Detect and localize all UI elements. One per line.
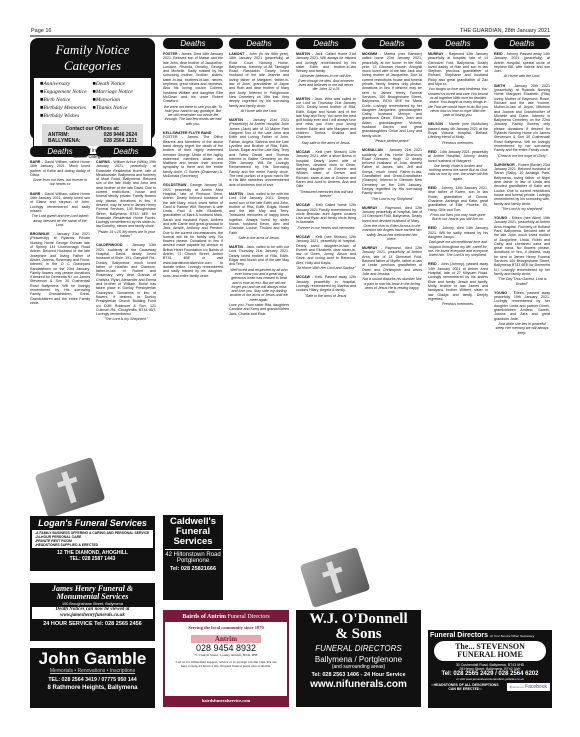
death-notice: KELLSWATER FLUTE BANDFOSTER - James. The…	[163, 131, 223, 178]
deaths-header: Deaths	[229, 38, 289, 49]
death-notice: MCCAW - Kelli (nee Stinson) 12th January…	[296, 235, 356, 270]
category-item: Birth Notice	[40, 97, 93, 103]
stevenson-funeral-ad: Funeral Directors At Your Service When N…	[428, 630, 552, 708]
death-notice: REID - 14th January 2021, peacefully at …	[428, 150, 488, 181]
deaths-header: Deaths	[362, 38, 422, 49]
odonnell-phone: Tel: 028 2563 1406 - 24 Hour Service	[298, 672, 419, 678]
gamble-phone: TEL: 028 2564 3419 / 07775 950 144	[32, 677, 153, 683]
bairds-of-antrim-ad: Bairds of Antrim Funeral Directors Servi…	[163, 610, 289, 707]
category-item: Memoriam	[93, 97, 146, 103]
odonnell-url[interactable]: www.nifunerals.com	[298, 679, 419, 690]
deaths-header: Deaths	[296, 38, 356, 49]
notices-column-2: CAIRNS - William Arthur (Willis) 19th Ja…	[96, 160, 156, 480]
death-notice: MCCAW - Kelli Called home 12th January 2…	[296, 203, 356, 230]
death-notice: BARR - David William, called Home 16th J…	[30, 192, 90, 227]
category-item: Death Notice	[93, 81, 146, 87]
category-item: Thanks Notice	[93, 105, 146, 111]
bible-icon	[35, 457, 106, 518]
death-notice: NELSON - Mamie (nee McMullan) passed awa…	[428, 122, 488, 144]
bible-icon	[300, 547, 371, 608]
death-notice: MARTIN - Jack. Called Home 21st January …	[296, 52, 356, 92]
deaths-header: Deaths	[96, 146, 156, 157]
death-notice: MURRAY - Raymond, died 12th January peac…	[362, 206, 422, 241]
notices-column-1: BARR - David William, called Home 16th J…	[30, 160, 90, 440]
notices-column-7: MURRAY - Raymond 12th January peacefully…	[428, 52, 488, 622]
death-notice: CAIRNS - William Arthur (Willis) 19th Ja…	[96, 160, 156, 238]
death-notice: MARTIN - Jack, called to be with the Lor…	[229, 192, 289, 240]
death-notice: MURRAY - Raymond 12th January peacefully…	[428, 52, 488, 117]
notices-column-5: MARTIN - Jack. Called Home 21st January …	[296, 52, 356, 552]
death-notice: REID - John (Johnny), passed away 14th J…	[428, 262, 488, 306]
death-notice: MCKIMM - Martha (nee Bamber) called home…	[362, 52, 422, 143]
death-notice: MARTIN - Jack. Who was called to our Lor…	[296, 97, 356, 145]
death-notice: BARR - David William, called Home 16th J…	[30, 160, 90, 187]
death-notice: MURRAY - Raymond, died 12th January 2021…	[362, 246, 422, 294]
john-gamble-ad: John Gamble Memorials • Renovations • In…	[30, 648, 155, 708]
james-henry-url[interactable]: www.jameshenryfunerals.co.uk	[32, 613, 153, 619]
header-rule	[30, 35, 550, 37]
contact-offices: Contact our Offices at: ANTRIM:028 9446 …	[42, 124, 143, 146]
death-notice: SURGENOR - Robert (Bertie) 23rd January …	[494, 163, 550, 211]
caldwell-phone: Tel: 028 25821666	[165, 566, 221, 572]
notices-column-4: LAMONT - John (in his 98th year), 18th J…	[229, 52, 289, 608]
bairds-phone: 028 9454 8932	[165, 643, 287, 653]
death-notice: YOUNG - Eileen, passed away peacefully 1…	[494, 291, 550, 335]
deaths-header: Deaths	[428, 38, 488, 49]
death-notice: MARTIN - Jack, called to be with our Lor…	[229, 245, 289, 316]
page-number: Page 16	[31, 28, 52, 34]
notices-column-3: FOSTER - James. Died 16th January 2021. …	[163, 52, 223, 492]
bairds-url[interactable]: bairdsfuneralservice.com	[165, 696, 287, 705]
odonnell-ad: W.J. O'Donnell & Sons FUNERAL DIRECTORS …	[296, 610, 421, 707]
death-notice: MCMULLAN - January 21st 2021 suddenly at…	[362, 148, 422, 201]
caldwells-funeral-ad: Caldwell's Funeral Services 42 Hiltonsto…	[163, 515, 223, 600]
category-item: Birthday Memories	[40, 105, 93, 111]
james-henry-phone: 24 HOUR SERVICE Tel: 028 2565 2456	[32, 621, 153, 627]
category-item: Birthday Wishes	[40, 113, 93, 119]
notices-column-6: MCKIMM - Martha (nee Bamber) called home…	[362, 52, 422, 552]
category-item: Engagement Notice	[40, 89, 93, 95]
death-notice: YOUNG - Eileen (nee Allen) 19th January …	[494, 216, 550, 286]
deaths-header: Deaths	[30, 146, 90, 157]
category-item: Marriage Notice	[93, 89, 146, 95]
categories-title: Family Notice Categories	[30, 38, 155, 74]
death-notice: REID - Johnny, died 14th January 2021. W…	[428, 226, 488, 257]
notices-column-8: REID - Johnny. Passed away 14th January …	[494, 52, 550, 622]
death-notice: REID - Johnny, 14th January 2021, dear f…	[428, 186, 488, 221]
death-notice: MCCAW - Kelli (nee Stinson) 12th January…	[296, 150, 356, 198]
category-list: Anniversary Death Notice Engagement Noti…	[34, 78, 151, 122]
death-notice: SMITH - January 20th 2021 (peacefully) a…	[494, 84, 550, 158]
death-notice: LAMONT - John (in his 98th year), 18th J…	[229, 52, 289, 113]
death-notice: BROWNLIE - January 21st 2021 (Peacefully…	[30, 232, 90, 305]
death-notice: GOLDSTRAW - George. January 18, 2021 pea…	[163, 183, 223, 278]
death-notice: REID - Johnny. Passed away 14th January …	[494, 52, 550, 79]
deaths-header: Deaths	[163, 38, 223, 49]
james-henry-ad: James Henry Funeral & Monumental Service…	[30, 583, 155, 641]
death-notice: CALDERWOOD - January 13th 2021, suddenly…	[96, 243, 156, 321]
ballymena-phone: 028 2564 1221	[104, 138, 137, 144]
deaths-header: Deaths	[494, 38, 550, 49]
logans-funeral-ad: Logan's Funeral Services -A FAMILY BUSIN…	[30, 516, 155, 571]
publication-date: THE GUARDIAN, 28th January 2021	[460, 28, 550, 34]
death-notice: FOSTER - James. Died 16th January 2021. …	[163, 52, 223, 126]
category-item: Anniversary	[40, 81, 93, 87]
logans-phone: TEL: 028 2587 1443	[32, 556, 153, 562]
death-notice: MARTIN - January 21st 2021 (Peacefully) …	[229, 118, 289, 187]
family-notice-categories: Family Notice Categories Anniversary Dea…	[30, 38, 155, 140]
facebook-icon[interactable]: Find us on Facebook	[507, 683, 550, 691]
death-notice: MCCAW - Kelli. Passed away 12th January …	[296, 275, 356, 297]
